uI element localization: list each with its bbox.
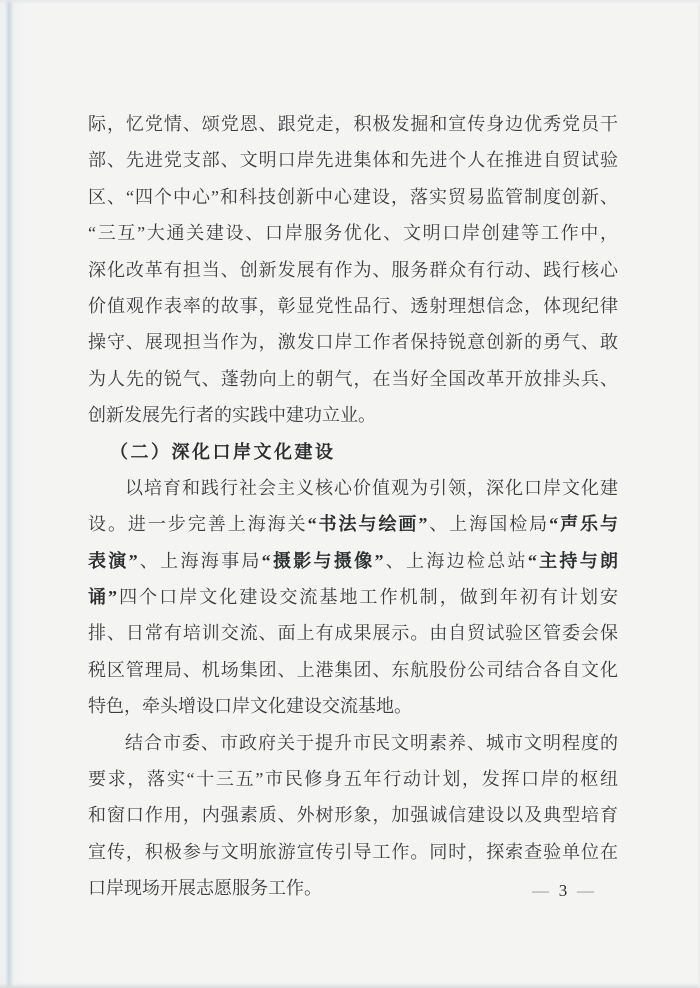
- emphasized-text: 表演”: [88, 551, 138, 571]
- body-text: 、上海海事局: [138, 551, 262, 571]
- text-line: 特色，牵头增设口岸文化建设交流基地。: [88, 688, 618, 724]
- text-line: 价值观作表率的故事，彰显党性品行、透射理想信念，体现纪律: [88, 288, 618, 324]
- document-body: 际，忆党情、颂党恩、跟党走，积极发掘和宣传身边优秀党员干部、先进党支部、文明口岸…: [88, 106, 618, 907]
- text-line: 排、日常有培训交流、面上有成果展示。由自贸试验区管委会保: [88, 615, 618, 651]
- body-text: “三互”大通关建设、口岸服务优化、文明口岸创建等工作中，: [88, 223, 618, 243]
- scan-left-edge-shadow: [5, 0, 14, 988]
- text-line: 和窗口作用，内强素质、外树形象，加强诚信建设以及典型培育: [88, 797, 618, 833]
- scanned-document-page: 际，忆党情、颂党恩、跟党走，积极发掘和宣传身边优秀党员干部、先进党支部、文明口岸…: [0, 0, 700, 988]
- text-line: 设。进一步完善上海海关“书法与绘画”、上海国检局“声乐与: [88, 506, 618, 542]
- emphasized-text: “主持与朗: [528, 551, 618, 571]
- emphasized-text: “声乐与: [549, 514, 618, 534]
- emphasized-text: “书法与绘画”: [308, 514, 428, 534]
- text-line: 结合市委、市政府关于提升市民文明素养、城市文明程度的: [88, 725, 618, 761]
- body-text: 排、日常有培训交流、面上有成果展示。由自贸试验区管委会保: [88, 623, 618, 643]
- emphasized-text: 诵”: [88, 587, 117, 607]
- section-heading: （二）深化口岸文化建设: [88, 434, 618, 470]
- body-text: 际，忆党情、颂党恩、跟党走，积极发掘和宣传身边优秀党员干: [88, 114, 618, 134]
- text-line: 宣传，积极参与文明旅游宣传引导工作。同时，探索查验单位在: [88, 834, 618, 870]
- text-line: 操守、展现担当作为，激发口岸工作者保持锐意创新的勇气、敢: [88, 324, 618, 360]
- body-text: 、上海国检局: [427, 514, 549, 534]
- body-text: 部、先进党支部、文明口岸先进集体和先进个人在推进自贸试验: [88, 150, 618, 170]
- text-line: “三互”大通关建设、口岸服务优化、文明口岸创建等工作中，: [88, 215, 618, 251]
- page-number: — 3 —: [532, 881, 594, 901]
- body-text: 深化改革有担当、创新发展有作为、服务群众有行动、践行核心: [88, 260, 618, 280]
- body-text: 特色，牵头增设口岸文化建设交流基地。: [88, 696, 412, 716]
- body-text: 设。进一步完善上海海关: [88, 514, 308, 534]
- body-text: 税区管理局、机场集团、上港集团、东航股份公司结合各自文化: [88, 660, 618, 680]
- text-line: 税区管理局、机场集团、上港集团、东航股份公司结合各自文化: [88, 652, 618, 688]
- body-text: 价值观作表率的故事，彰显党性品行、透射理想信念，体现纪律: [88, 296, 618, 316]
- text-line: 表演”、上海海事局“摄影与摄像”、上海边检总站“主持与朗: [88, 543, 618, 579]
- text-line: 诵”四个口岸文化建设交流基地工作机制，做到年初有计划安: [88, 579, 618, 615]
- body-text: 区、“四个中心”和科技创新中心建设，落实贸易监管制度创新、: [88, 187, 618, 207]
- body-text: 为人先的锐气、蓬勃向上的朝气，在当好全国改革开放排头兵、: [88, 369, 618, 389]
- body-text: 、上海边检总站: [383, 551, 527, 571]
- text-line: 要求，落实“十三五”市民修身五年行动计划，发挥口岸的枢纽: [88, 761, 618, 797]
- body-text: 宣传，积极参与文明旅游宣传引导工作。同时，探索查验单位在: [88, 842, 618, 862]
- text-line: 际，忆党情、颂党恩、跟党走，积极发掘和宣传身边优秀党员干: [88, 106, 618, 142]
- text-line: 以培育和践行社会主义核心价值观为引领，深化口岸文化建: [88, 470, 618, 506]
- page-number-left-dash: —: [532, 881, 549, 901]
- scan-top-edge-shadow: [0, 0, 700, 4]
- body-text: 操守、展现担当作为，激发口岸工作者保持锐意创新的勇气、敢: [88, 332, 618, 352]
- text-line: 创新发展先行者的实践中建功立业。: [88, 397, 618, 433]
- body-text: 结合市委、市政府关于提升市民文明素养、城市文明程度的: [125, 733, 618, 753]
- scan-bottom-edge-shadow: [0, 983, 700, 988]
- body-text: 要求，落实“十三五”市民修身五年行动计划，发挥口岸的枢纽: [88, 769, 618, 789]
- text-line: 部、先进党支部、文明口岸先进集体和先进个人在推进自贸试验: [88, 142, 618, 178]
- text-line: 深化改革有担当、创新发展有作为、服务群众有行动、践行核心: [88, 252, 618, 288]
- emphasized-text: “摄影与摄像”: [262, 551, 384, 571]
- text-line: 区、“四个中心”和科技创新中心建设，落实贸易监管制度创新、: [88, 179, 618, 215]
- body-text: 和窗口作用，内强素质、外树形象，加强诚信建设以及典型培育: [88, 805, 618, 825]
- text-line: 为人先的锐气、蓬勃向上的朝气，在当好全国改革开放排头兵、: [88, 361, 618, 397]
- page-number-right-dash: —: [577, 881, 594, 901]
- body-text: 四个口岸文化建设交流基地工作机制，做到年初有计划安: [117, 587, 618, 607]
- body-text: 创新发展先行者的实践中建功立业。: [88, 405, 376, 425]
- body-text: 口岸现场开展志愿服务工作。: [88, 878, 322, 898]
- page-number-value: 3: [559, 881, 568, 901]
- body-text: 以培育和践行社会主义核心价值观为引领，深化口岸文化建: [125, 478, 618, 498]
